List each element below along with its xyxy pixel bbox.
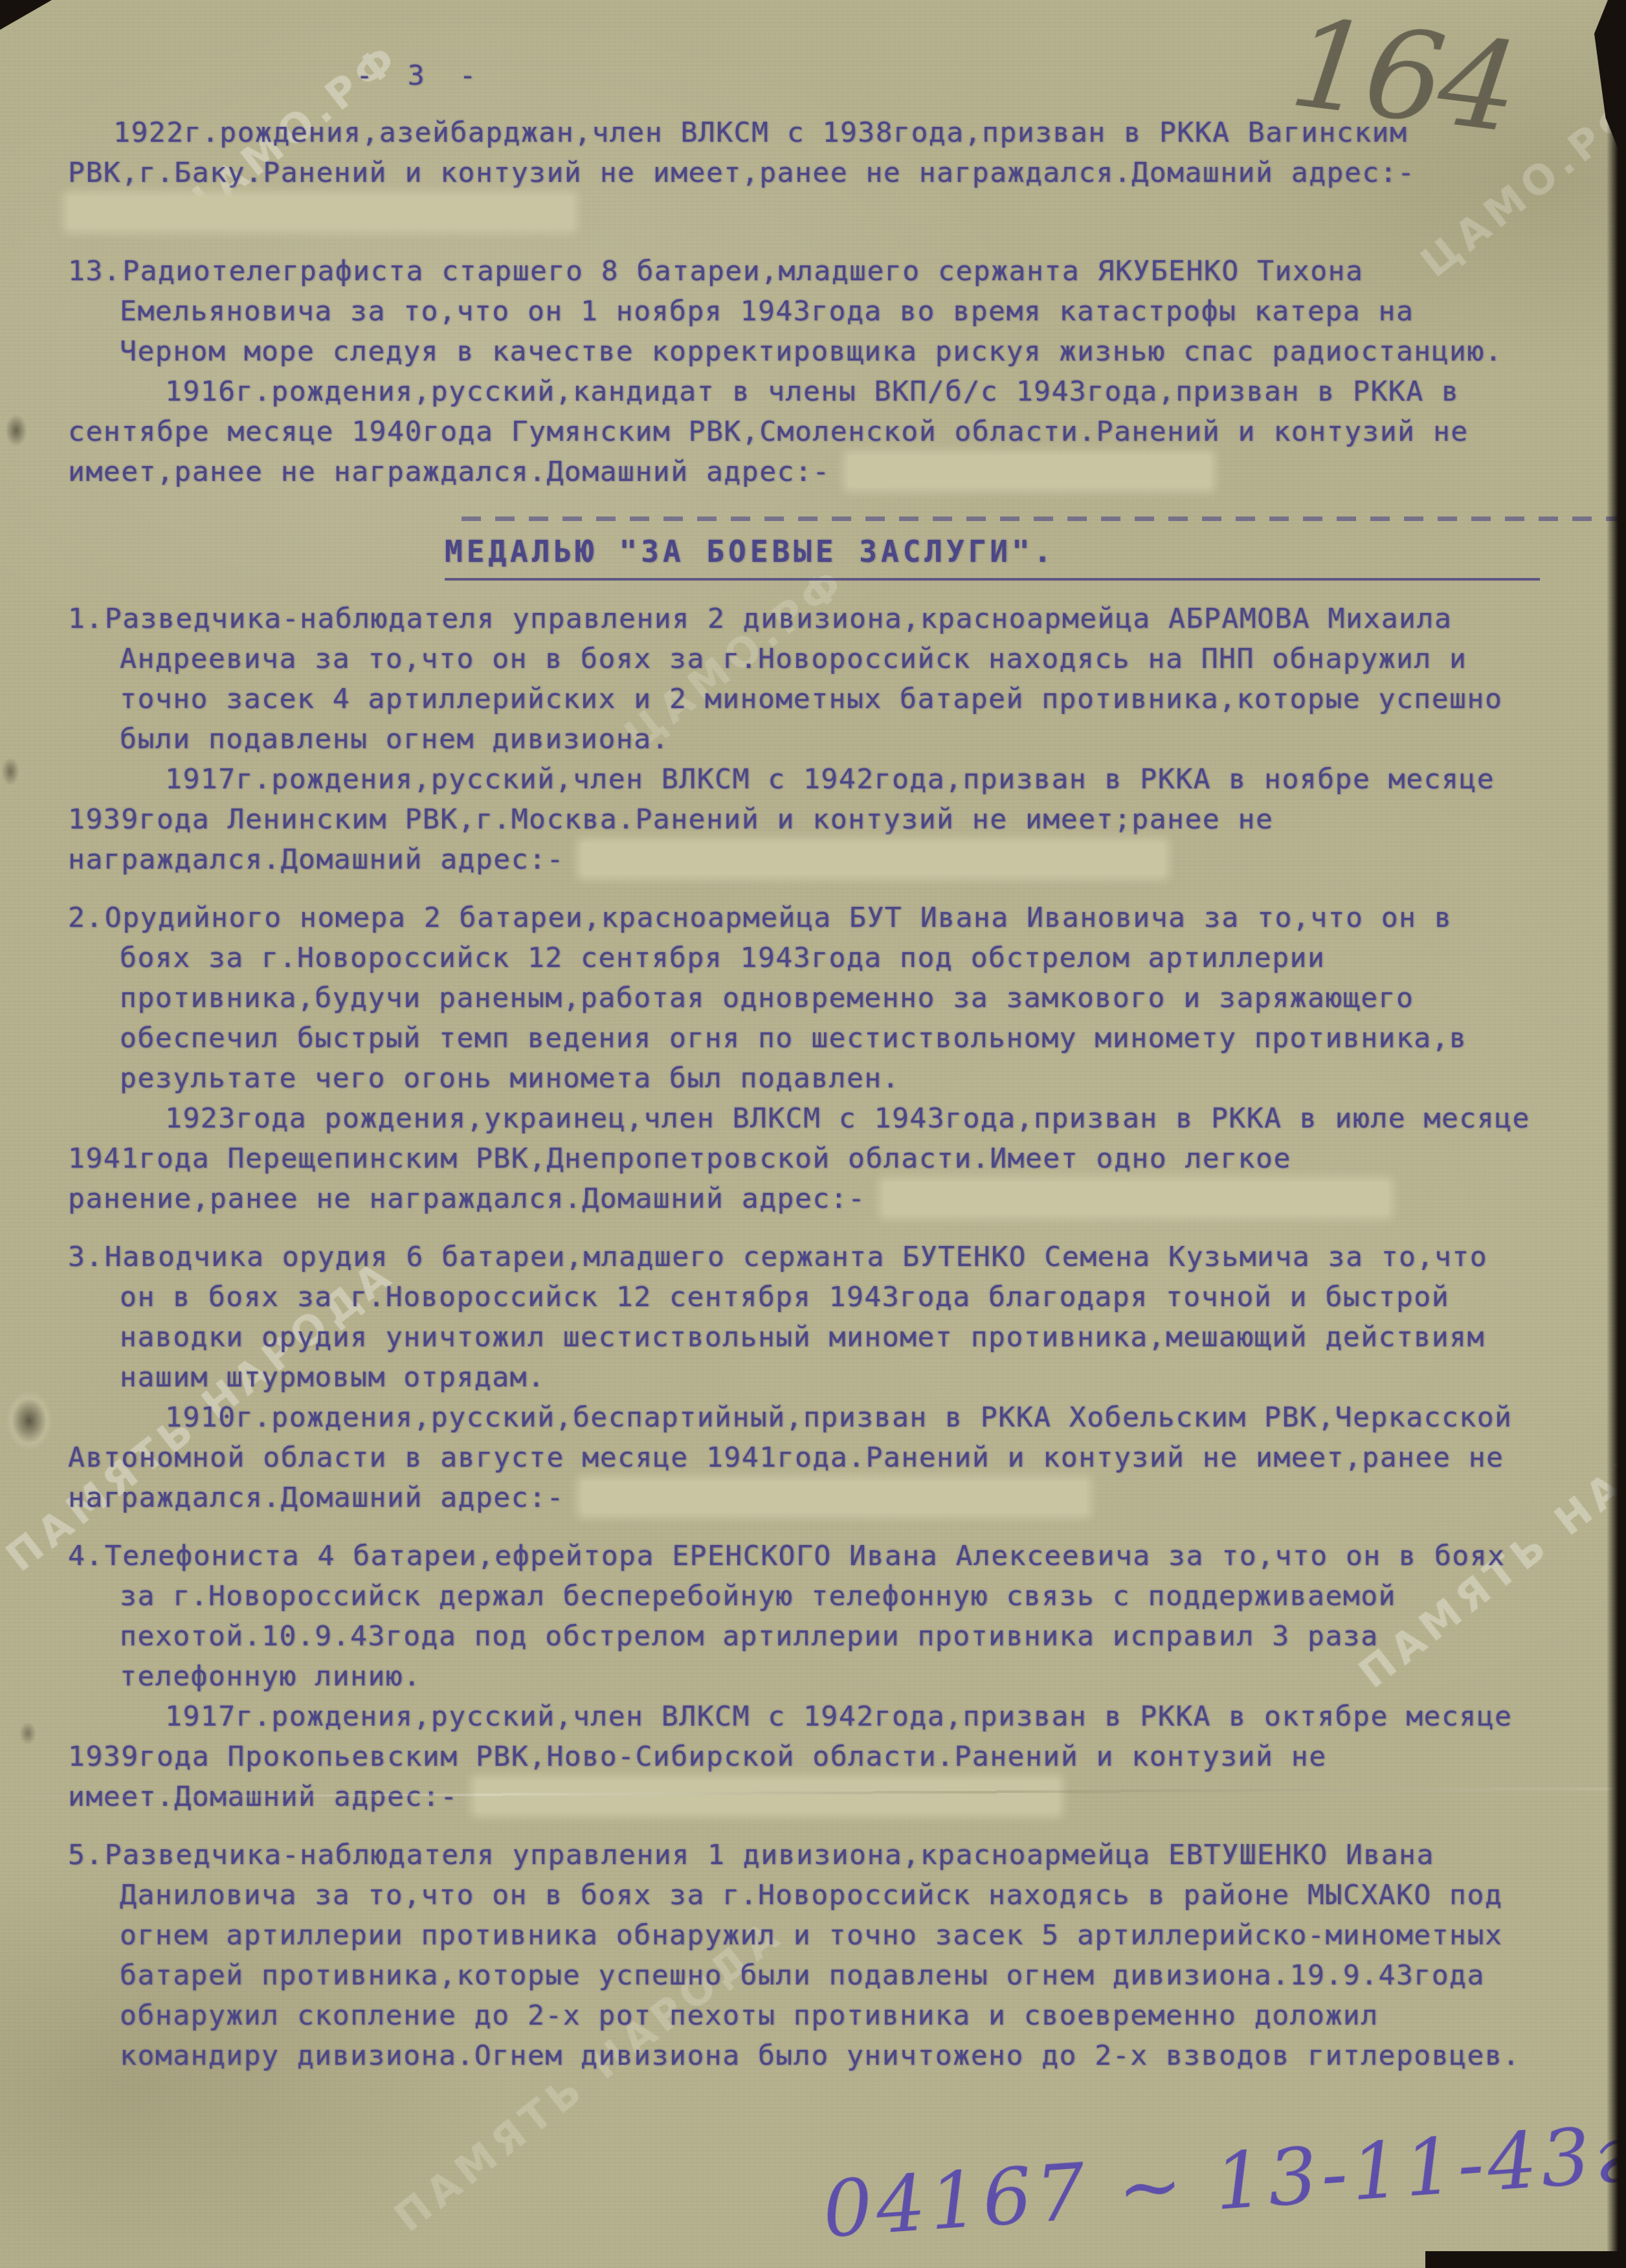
entry-citation: Орудийного номера 2 батареи,красноармейц… <box>105 902 1467 1095</box>
entry-bio: 1917г.рождения,русский,член ВЛКСМ с 1942… <box>68 1696 1534 1817</box>
entry-bio: 1916г.рождения,русский,кандидат в члены … <box>68 372 1534 492</box>
entry-citation-line: 2.Орудийного номера 2 батареи,красноарме… <box>68 898 1534 1098</box>
dotted-separator <box>462 517 1620 521</box>
continuation-bio-text: 1922г.рождения,азейбарджан,член ВЛКСМ с … <box>68 117 1416 189</box>
typewritten-text-block: - 3 - 1922г.рождения,азейбарджан,член ВЛ… <box>68 56 1534 2076</box>
entry-citation: Разведчика-наблюдателя управления 2 диви… <box>105 603 1503 755</box>
entry-bio: 1923года рождения,украинец,член ВЛКСМ с … <box>68 1098 1534 1219</box>
entry-citation-line: 1.Разведчика-наблюдателя управления 2 ди… <box>68 599 1534 759</box>
paper-stain <box>5 414 27 447</box>
scan-edge-right <box>1607 0 1626 2268</box>
entry-number: 2. <box>68 902 105 934</box>
paper-stain <box>1 757 19 786</box>
entry-number: 1. <box>68 603 105 635</box>
entry-citation-line: 5.Разведчика-наблюдателя управления 1 ди… <box>68 1835 1534 2076</box>
document-scan-page: ЦАМО.РФ ЦАМО.РФ ЦАМО.РФ ПАМЯТЬ НАРОДА ПА… <box>0 0 1626 2268</box>
entry-number: 13. <box>68 255 122 287</box>
redacted-address <box>848 455 1210 487</box>
redacted-address <box>582 843 1164 875</box>
scan-edge-top-left <box>0 0 52 30</box>
entry-number: 4. <box>68 1540 105 1572</box>
entry-citation: Наводчика орудия 6 батареи,младшего серж… <box>105 1241 1487 1394</box>
handwritten-note: 04167 ~ 13-11-43г. <box>820 2107 1626 2256</box>
award-entry-5: 5.Разведчика-наблюдателя управления 1 ди… <box>68 1835 1534 2076</box>
award-entry-3: 3.Наводчика орудия 6 батареи,младшего се… <box>68 1237 1534 1518</box>
continuation-bio: 1922г.рождения,азейбарджан,член ВЛКСМ с … <box>68 113 1534 233</box>
paper-tear <box>6 1392 52 1450</box>
redacted-address <box>476 1780 1058 1812</box>
entry-number: 3. <box>68 1241 105 1273</box>
scan-edge-bottom-right <box>1425 2251 1626 2268</box>
redacted-address <box>68 196 573 228</box>
entry-bio: 1917г.рождения,русский,член ВЛКСМ с 1942… <box>68 759 1534 880</box>
entry-bio: 1910г.рождения,русский,беспартийный,приз… <box>68 1397 1534 1518</box>
entry-citation-line: 13.Радиотелеграфиста старшего 8 батареи,… <box>68 251 1534 372</box>
entry-number: 5. <box>68 1839 105 1871</box>
redacted-address <box>582 1481 1087 1513</box>
entry-citation: Разведчика-наблюдателя управления 1 диви… <box>105 1839 1520 2072</box>
award-entry-13: 13.Радиотелеграфиста старшего 8 батареи,… <box>68 251 1534 492</box>
award-entry-1: 1.Разведчика-наблюдателя управления 2 ди… <box>68 599 1534 880</box>
paper-stain <box>19 1722 36 1745</box>
entry-citation-line: 4.Телефониста 4 батареи,ефрейтора ЕРЕНСК… <box>68 1536 1534 1696</box>
award-entry-2: 2.Орудийного номера 2 батареи,красноарме… <box>68 898 1534 1219</box>
award-entry-4: 4.Телефониста 4 батареи,ефрейтора ЕРЕНСК… <box>68 1536 1534 1817</box>
entry-citation-line: 3.Наводчика орудия 6 батареи,младшего се… <box>68 1237 1534 1397</box>
entry-citation: Радиотелеграфиста старшего 8 батареи,мла… <box>120 255 1502 368</box>
page-number: - 3 - <box>356 56 1534 96</box>
entry-bio-text: 1916г.рождения,русский,кандидат в члены … <box>68 375 1469 488</box>
scan-edge-top-right <box>1581 0 1626 168</box>
entry-citation: Телефониста 4 батареи,ефрейтора ЕРЕНСКОГ… <box>105 1540 1506 1693</box>
redacted-address <box>884 1182 1388 1214</box>
medal-heading-row: МЕДАЛЬЮ "ЗА БОЕВЫЕ ЗАСЛУГИ". <box>445 531 1540 581</box>
medal-heading: МЕДАЛЬЮ "ЗА БОЕВЫЕ ЗАСЛУГИ". <box>445 534 1055 569</box>
